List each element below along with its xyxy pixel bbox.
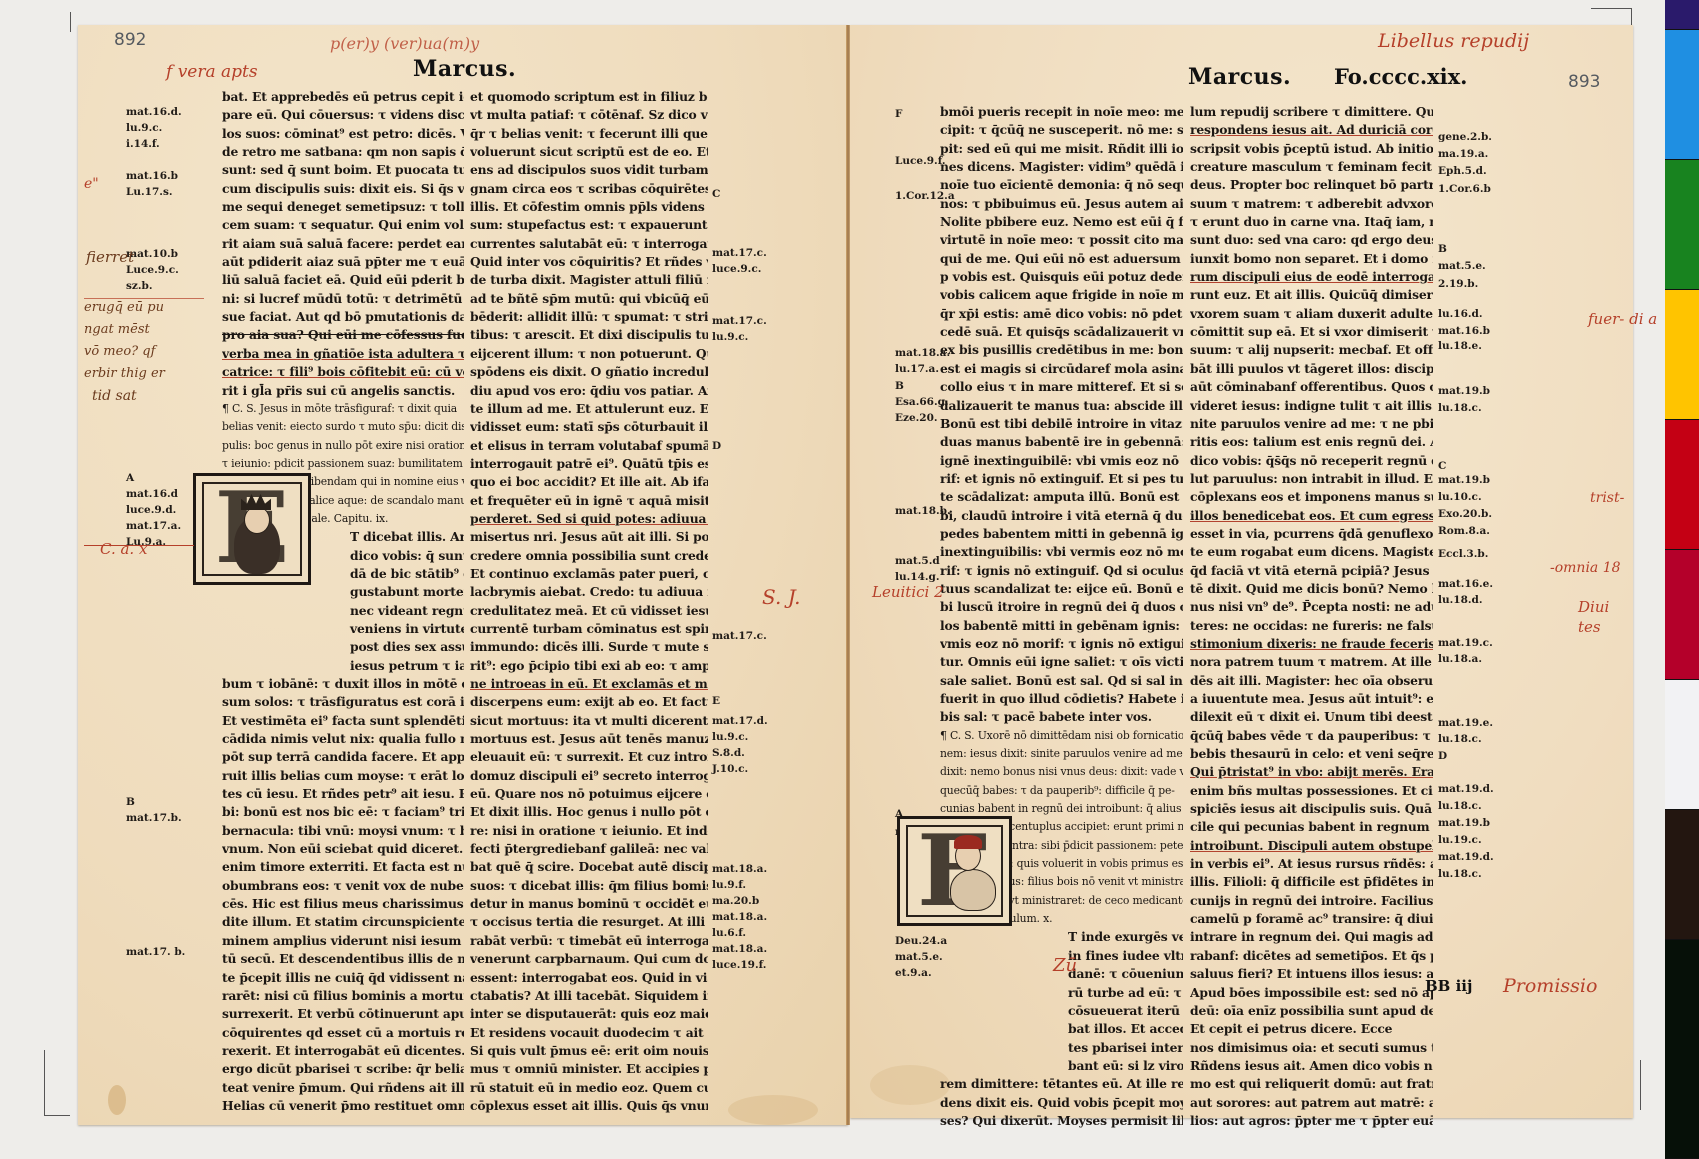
- margin-reference: lu.18.c.: [1438, 868, 1482, 880]
- rubric-line: [84, 298, 204, 299]
- margin-reference: mat.18.b.: [895, 505, 951, 517]
- margin-reference: lu.17.a.: [895, 363, 939, 375]
- text-line: dēs ait illi. Magister: hec oīa obseruau…: [1190, 672, 1433, 690]
- text-line: stimonium dixeris: ne fraude feceris: bo: [1190, 635, 1433, 653]
- margin-reference: sz.b.: [126, 280, 153, 292]
- handwritten-note: C. a. x: [100, 540, 147, 558]
- margin-reference: mat.19.d.: [1438, 851, 1494, 863]
- text-line: Quid inter vos cōquiritis? Et rñdes vnus: [470, 253, 708, 271]
- margin-reference: lu.6.f.: [712, 927, 746, 939]
- text-line: vidisset eum: statī sp̄s cōturbauit illu…: [470, 418, 708, 436]
- text-line: et quomodo scriptum est in filiuz bomis: [470, 88, 708, 106]
- text-line: bant eū: si lz viro vxo-: [940, 1057, 1183, 1075]
- margin-reference: mat.17.c.: [712, 315, 767, 327]
- text-line: de retro me satbana: qm non sapis q̄ dei: [222, 143, 464, 161]
- text-line: te eum rogabat eum dicens. Magister bone: [1190, 543, 1433, 561]
- margin-reference: Eph.5.d.: [1438, 165, 1487, 177]
- gutter-crease: [846, 25, 850, 1125]
- text-line: vmis eoz nō morif: τ ignis nō extigui-: [940, 635, 1183, 653]
- text-line: tes pbarisei interroga: [940, 1039, 1183, 1057]
- left-page-column-2: et quomodo scriptum est in filiuz bomisv…: [470, 88, 708, 1115]
- handwritten-note: Promissio: [1503, 975, 1597, 997]
- stain: [108, 1085, 126, 1115]
- text-line: pro aia sua? Qui eūi me cōfessus fuerit:…: [222, 326, 464, 344]
- handwritten-note: -omnia 18: [1550, 560, 1621, 576]
- text-line: nos: τ pbibuimus eū. Jesus autem ait.: [940, 195, 1183, 213]
- margin-reference: lu.18.c.: [1438, 733, 1482, 745]
- text-line: spōdens eis dixit. O gñatio incredula: q…: [470, 363, 708, 381]
- text-line: rexerit. Et interrogabāt eū dicentes. Qu…: [222, 1042, 464, 1060]
- margin-reference: C: [1438, 460, 1446, 472]
- text-line: dixit: nemo bonus nisi vnus deus: dixit:…: [940, 763, 1183, 781]
- handwritten-note: vō meo? qf: [84, 344, 155, 359]
- text-line: tur. Omnis eūi igne saliet: τ oīs victim…: [940, 653, 1183, 671]
- text-line: eijcerent illum: τ non potuerunt. Qui re: [470, 345, 708, 363]
- text-line: τ erunt duo in carne vna. Itaq̄ iam, nō: [1190, 213, 1433, 231]
- text-line: esset in via, pcurrens q̄dā genuflexo aū: [1190, 525, 1433, 543]
- text-line: te illum ad me. Et attulerunt euz. Et cū: [470, 400, 708, 418]
- text-line: Bonū est tibi debilē introire in vitaz: …: [940, 415, 1183, 433]
- text-line: dite illum. Et statim circunspicientes n…: [222, 913, 464, 931]
- handwritten-note: Leuitici 2: [872, 583, 944, 601]
- text-line: fecti p̄tergrediebanf galileā: nec vale-: [470, 840, 708, 858]
- margin-reference: gene.2.b.: [1438, 131, 1492, 143]
- text-line: iesus petrum τ iaco-: [222, 657, 464, 675]
- text-line: deū: oīa enīz possibilia sunt apud deum.: [1190, 1002, 1433, 1020]
- margin-reference: 1.Cor.12.a: [895, 190, 955, 202]
- text-line: rū statuit eū in medio eoz. Quem cum: [470, 1079, 708, 1097]
- text-line: in verbis ei⁹. At iesus rursus rñdēs: ai…: [1190, 855, 1433, 873]
- text-line: bēderit: allidit illū: τ spumat: τ strid…: [470, 308, 708, 326]
- top-annotation-right: Libellus repudij: [1378, 30, 1529, 52]
- text-line: post dies sex assumpsit: [222, 638, 464, 656]
- text-line: tuus scandalizat te: eijce eū. Bonū est …: [940, 580, 1183, 598]
- text-line: obumbrans eos: τ venit vox de nube di-: [222, 877, 464, 895]
- margin-reference: lu.9.c.: [712, 331, 748, 343]
- text-line: cēs. Hic est filius meus charissimus au: [222, 895, 464, 913]
- text-line: aūt pdiderit aiaz suā pp̄ter me τ euāge-: [222, 253, 464, 271]
- text-line: cādida nimis velut nix: qualia fullo non: [222, 730, 464, 748]
- text-line: los babentē mitti in gebēnam ignis: vbi: [940, 617, 1183, 635]
- margin-reference: Lu.17.s.: [126, 186, 173, 198]
- text-line: q̄r xp̄i estis: amē dico vobis: nō pdet …: [940, 305, 1183, 323]
- text-line: sunt duo: sed vna caro: qd ergo deus con: [1190, 231, 1433, 249]
- text-line: suum τ matrem: τ adberebit advxorē suā: [1190, 195, 1433, 213]
- text-line: currentē turbam cōminatus est spiritui: [470, 620, 708, 638]
- text-line: rif: et ignis nō extinguif. Et si pes tu…: [940, 470, 1183, 488]
- text-line: vobis calicem aque frigide in noīe meo: [940, 286, 1183, 304]
- text-line: me sequi deneget semetipsuz: τ tollat cr…: [222, 198, 464, 216]
- stain: [870, 1065, 950, 1105]
- text-line: rif: τ ignis nō extinguif. Qd si oculus: [940, 562, 1183, 580]
- handwritten-note: fierret: [86, 248, 134, 266]
- color-swatch-navy: [1665, 0, 1699, 30]
- text-line: bat quē q̄ scire. Docebat autē discipulo…: [470, 858, 708, 876]
- text-line: nem: iesus dixit: sinite paruulos venire…: [940, 745, 1183, 763]
- text-line: Et residens vocauit duodecim τ ait illis: [470, 1024, 708, 1042]
- text-line: Helias cū venerit p̄mo restituet omnia: [222, 1097, 464, 1115]
- text-line: q̄cūq̄ babes vēde τ da pauperibus: τ ba: [1190, 727, 1433, 745]
- margin-reference: mat.17.c.: [712, 247, 767, 259]
- text-line: diu apud vos ero: q̄diu vos patiar. Affe…: [470, 382, 708, 400]
- handwritten-note: S. J.: [762, 585, 801, 609]
- text-line: verba mea in gñatiōe ista adultera τ pec: [222, 345, 464, 363]
- text-line: nec videant regnū dei: [222, 602, 464, 620]
- text-line: lios: aut agros: p̄pter me τ p̄pter euāg…: [1190, 1112, 1433, 1130]
- margin-reference: luce.9.d.: [126, 504, 176, 516]
- text-line: sum: stupefactus est: τ expauerunt: τ ac: [470, 216, 708, 234]
- text-line: et elisus in terram volutabaf spumās et: [470, 437, 708, 455]
- text-line: runt euz. Et ait illis. Quicūq̄ dimiseri…: [1190, 286, 1433, 304]
- text-line: rem dimittere: tētantes eū. At ille resp…: [940, 1075, 1183, 1093]
- margin-reference: mat.5.d: [895, 555, 940, 567]
- margin-reference: mat.19.b: [1438, 474, 1490, 486]
- text-line: Si quis vult p̄mus eē: erit oim nouissi-: [470, 1042, 708, 1060]
- text-line: rarēt: nisi cū filius bominis a mortuis …: [222, 987, 464, 1005]
- text-line: bebis thesaurū in celo: et veni seq̄re m…: [1190, 745, 1433, 763]
- text-line: liū saluā faciet eā. Quid eūi pderit bom…: [222, 271, 464, 289]
- text-line: dico vobis: q̄s̄q̄s nō receperit regnū d…: [1190, 452, 1433, 470]
- text-line: illis. Et cōfestim omnis pp̄ls videns ie…: [470, 198, 708, 216]
- margin-reference: i.14.f.: [126, 138, 160, 150]
- text-line: inextinguibilis: vbi vermis eoz nō mo: [940, 543, 1183, 561]
- text-line: rabanf: dicētes ad semetip̄os. Et q̄s pō…: [1190, 947, 1433, 965]
- margin-reference: 1.Cor.6.b: [1438, 183, 1491, 195]
- text-line: dilexit eū τ dixit ei. Unum tibi deest: …: [1190, 708, 1433, 726]
- text-line: Nolite pbibere euz. Nemo est eūi q̄ faci…: [940, 213, 1183, 231]
- stain: [728, 1095, 818, 1125]
- margin-reference: D: [1438, 750, 1447, 762]
- text-line: inter se disputauerāt: quis eoz maiorēēt: [470, 1005, 708, 1023]
- text-line: lut paruulus: non intrabit in illud. Et: [1190, 470, 1433, 488]
- text-line: bat illos. Et acceden-: [940, 1020, 1183, 1038]
- handwritten-note: fuer- di a: [1588, 310, 1657, 328]
- color-swatch-dark-brown: [1665, 810, 1699, 940]
- text-line: mo est qui reliquerit domū: aut fratres: [1190, 1075, 1433, 1093]
- leaf-number: Fo.cccc.xix.: [1334, 64, 1468, 89]
- margin-reference: lu.18.c.: [1438, 402, 1482, 414]
- text-line: nus nisi vn⁹ de⁹. P̄cepta nosti: ne adul: [1190, 598, 1433, 616]
- text-line: camelū p foramē ac⁹ transire: q̄ diuitem: [1190, 910, 1433, 928]
- margin-reference: B: [126, 796, 135, 808]
- text-line: suos: τ dicebat illis: q̄m filius bomis …: [470, 877, 708, 895]
- margin-reference: lu.18.d.: [1438, 594, 1483, 606]
- text-line: sicut mortuus: ita vt multi dicerent: qu…: [470, 712, 708, 730]
- color-calibration-strip: [1665, 0, 1699, 1159]
- text-line: catrice: τ fili⁹ bois cōfitebit eū: cū v…: [222, 363, 464, 381]
- text-line: cipit: τ q̄cūq̄ ne susceperit. nō me: su…: [940, 121, 1183, 139]
- text-line: iunxit bomo non separet. Et i domo ite: [1190, 250, 1433, 268]
- margin-reference: mat.17.b.: [126, 812, 182, 824]
- text-line: nes dicens. Magister: vidim⁹ quēdā in: [940, 158, 1183, 176]
- text-line: venerunt carpbarnaum. Qui cum domi: [470, 950, 708, 968]
- text-line: ritis eos: talium est enis regnū dei. Am…: [1190, 433, 1433, 451]
- margin-reference: mat.19.d.: [1438, 783, 1494, 795]
- margin-reference: mat.16.d: [126, 488, 178, 500]
- text-line: bi: bonū est nos bic eē: τ faciam⁹ tria …: [222, 803, 464, 821]
- margin-reference: J.10.c.: [712, 763, 748, 775]
- text-line: introibunt. Discipuli autem obstupebāt: [1190, 837, 1433, 855]
- text-line: bāt illi puulos vt tāgeret illos: discip…: [1190, 360, 1433, 378]
- text-line: pōt sup terrā candida facere. Et appa-: [222, 748, 464, 766]
- text-line: Apud bōes impossibile est: sed nō apd: [1190, 984, 1433, 1002]
- text-line: gustabunt mortem do: [222, 583, 464, 601]
- text-line: bmōi pueris recepit in noīe meo: me re: [940, 103, 1183, 121]
- text-line: sale saliet. Bonū est sal. Qd si sal ins…: [940, 672, 1183, 690]
- text-line: nos dimisimus oia: et secuti sumus te:: [1190, 1039, 1433, 1057]
- woodcut-initial-fish-man: E: [897, 816, 1012, 926]
- text-line: tū secū. Et descendentibus illis de mon: [222, 950, 464, 968]
- text-line: discerpens eum: exijt ab eo. Et factus e…: [470, 693, 708, 711]
- margin-reference: mat.19.e.: [1438, 717, 1493, 729]
- text-line: rit aiam suā saluā facere: perdet eam; q…: [222, 235, 464, 253]
- text-line: bum τ iobānē: τ duxit illos in mōtē exce…: [222, 675, 464, 693]
- handwritten-note: Diui tes: [1578, 597, 1628, 637]
- woodcut-initial-king: E: [193, 473, 311, 585]
- margin-reference: luce.9.c.: [712, 263, 761, 275]
- text-line: mus τ omniū minister. Et accipies puc: [470, 1060, 708, 1078]
- text-line: misertus nri. Jesus aūt ait illi. Si pot…: [470, 528, 708, 546]
- margin-reference: Eze.20.: [895, 412, 938, 424]
- text-line: vt multa patiaf: τ cōtēnaf. Sz dico vobi…: [470, 106, 708, 124]
- text-line: ¶ C. S. Uxorē nō dimittēdam nisi ob forn…: [940, 727, 1183, 745]
- top-annotation-left: p(er)y (ver)ua(m)y: [330, 34, 479, 53]
- text-line: bi, claudū introire i vitā eternā q̄ duo…: [940, 507, 1183, 525]
- color-swatch-black: [1665, 940, 1699, 1159]
- margin-reference: mat.5.e.: [1438, 260, 1486, 272]
- text-line: enim timore exterriti. Et facta est nube…: [222, 858, 464, 876]
- text-line: teres: ne occidas: ne fureris: ne falsū …: [1190, 617, 1433, 635]
- margin-reference: mat.18.a.: [895, 347, 950, 359]
- margin-reference: mat.19.c.: [1438, 637, 1493, 649]
- margin-reference: mat.19.b: [1438, 817, 1490, 829]
- margin-reference: Eccl.3.b.: [1438, 548, 1488, 560]
- text-line: cedē suā. Et quisq̄s scādalizauerit vnū: [940, 323, 1183, 341]
- text-line: qui de me. Qui eūi nō est aduersum vos: [940, 250, 1183, 268]
- text-line: lacbrymis aiebat. Credo: tu adiuua in-: [470, 583, 708, 601]
- margin-reference: B: [895, 380, 904, 392]
- margin-reference: mat.17.a.: [126, 520, 181, 532]
- text-line: est ei magis si circūdaref mola asinaria: [940, 360, 1183, 378]
- text-line: pulis: boc genus in nullo pōt exire nisi…: [222, 437, 464, 455]
- text-line: gnam circa eos τ scribas cōquirētes cuz: [470, 180, 708, 198]
- corner-annotation-left: f vera apts: [166, 62, 258, 82]
- text-line: videret iesus: indigne tulit τ ait illis…: [1190, 397, 1433, 415]
- margin-reference: D: [712, 440, 721, 452]
- text-line: eū. Quare nos nō potuimus eijcere euz: [470, 785, 708, 803]
- initial-letter: E: [900, 823, 1009, 921]
- text-line: cōmittit sup eā. Et si vxor dimiserit vi…: [1190, 323, 1433, 341]
- text-line: perderet. Sed si quid potes: adiuua nos: [470, 510, 708, 528]
- text-line: los suos: cōminat⁹ est petro: dicēs. Va: [222, 125, 464, 143]
- text-line: p vobis est. Quisquis eūi potuz dederit: [940, 268, 1183, 286]
- text-line: credere omnia possibilia sunt credenti.: [470, 547, 708, 565]
- text-line: interrogauit patrē ei⁹. Quātū tp̄is est …: [470, 455, 708, 473]
- margin-reference: lu.9.c.: [712, 731, 748, 743]
- text-line: rit i gl̄a pr̄is sui cū angelis sanctis.: [222, 382, 464, 400]
- text-line: veniens in virtute. Et: [222, 620, 464, 638]
- folio-number-left: 892: [114, 30, 146, 50]
- signature-mark: BB iij: [1425, 977, 1472, 995]
- text-line: Et dixit illis. Hoc genus i nullo pōt ex…: [470, 803, 708, 821]
- text-line: noīe tuo eīcientē demonia: q̄ nō sequit: [940, 176, 1183, 194]
- text-line: ex bis pusillis credētibus in me: bonū: [940, 341, 1183, 359]
- text-line: cile qui pecunias babent in regnum dei: [1190, 818, 1433, 836]
- text-line: ergo dicūt pbarisei τ scribe: q̄r belia …: [222, 1060, 464, 1078]
- margin-reference: mat.16.d.: [126, 106, 182, 118]
- text-line: cōquirentes qd esset cū a mortuis resur: [222, 1024, 464, 1042]
- text-line: ¶ C. S. Jesus in mōte trāsfiguraf: τ dix…: [222, 400, 464, 418]
- margin-reference: mat.17.d.: [712, 715, 768, 727]
- margin-reference: lu.16.d.: [1438, 308, 1483, 320]
- text-line: sunt: sed q̄ sunt boim. Et puocata turba: [222, 161, 464, 179]
- text-line: essent: interrogabat eos. Quid in via tr…: [470, 969, 708, 987]
- margin-reference: mat.16.b: [126, 170, 178, 182]
- color-swatch-green: [1665, 160, 1699, 290]
- text-line: bis sal: τ pacē babete inter vos.: [940, 708, 1183, 726]
- text-line: cōplexans eos et imponens manus sup: [1190, 488, 1433, 506]
- text-line: tē dixit. Quid me dicis bonū? Nemo bo-: [1190, 580, 1433, 598]
- text-line: bernacula: tibi vnū: moysi vnum: τ belie: [222, 822, 464, 840]
- text-line: ruit illis belias cum moyse: τ erāt loqu…: [222, 767, 464, 785]
- color-swatch-yellow: [1665, 290, 1699, 420]
- text-line: respondens iesus ait. Ad duriciā cordis: [1190, 121, 1433, 139]
- color-swatch-blue: [1665, 30, 1699, 160]
- text-line: te p̄cepit illis ne cuiq̄ q̄d vidissent …: [222, 969, 464, 987]
- margin-reference: lu.9.f.: [712, 879, 746, 891]
- margin-reference: Rom.8.a.: [1438, 525, 1490, 537]
- left-page-column-1: bat. Et apprebedēs eū petrus cepit icrep…: [222, 88, 464, 1115]
- text-line: pedes babentem mitti in gebennā ignis: [940, 525, 1183, 543]
- text-line: belias venit: eiecto surdo τ muto sp̄u: …: [222, 418, 464, 436]
- margin-reference: mat.17. b.: [126, 946, 185, 958]
- margin-reference: et.9.a.: [895, 967, 932, 979]
- margin-reference: mat.18.a.: [712, 863, 767, 875]
- text-line: spiciēs iesus ait discipulis suis. Quā d…: [1190, 800, 1433, 818]
- text-line: τ occisus tertia die resurget. At illi i…: [470, 913, 708, 931]
- margin-reference: F: [895, 108, 902, 120]
- text-line: rabāt verbū: τ timebāt eū interrogare. E…: [470, 932, 708, 950]
- text-line: duas manus babentē ire in gebennā: in: [940, 433, 1183, 451]
- text-line: dens dixit eis. Quid vobis p̄cepit moy: [940, 1094, 1183, 1112]
- text-line: mortuus est. Jesus aūt tenēs manuz ei⁹: [470, 730, 708, 748]
- text-line: nite paruulos venire ad me: τ ne pbibue: [1190, 415, 1433, 433]
- text-line: cōplexus esset ait illis. Quis q̄s vnum …: [470, 1097, 708, 1115]
- text-line: quo ei boc accidit? Et ille ait. Ab ifan…: [470, 473, 708, 491]
- text-line: domuz discipuli ei⁹ secreto interrogaban…: [470, 767, 708, 785]
- text-line: illis. Filioli: q̄ difficile est p̄fidēt…: [1190, 873, 1433, 891]
- text-line: de turba dixit. Magister attuli filiū me…: [470, 271, 708, 289]
- text-line: q̄r τ belias venit: τ fecerunt illi quec…: [470, 125, 708, 143]
- handwritten-note: trist-: [1590, 490, 1624, 506]
- text-line: ni: si lucref mūdū totū: τ detrimētū aie: [222, 290, 464, 308]
- text-line: ses? Qui dixerūt. Moyses permisit libel: [940, 1112, 1183, 1130]
- text-line: cunijs in regnū dei introire. Facilius e…: [1190, 892, 1433, 910]
- margin-reference: lu.10.c.: [1438, 491, 1482, 503]
- text-line: bi luscū itroire in regnū dei q̄ duos oc…: [940, 598, 1183, 616]
- margin-reference: ma.19.a.: [1438, 148, 1488, 160]
- margin-reference: lu.18.a.: [1438, 653, 1482, 665]
- handwritten-note: e": [84, 176, 99, 192]
- text-line: ens ad discipulos suos vidit turbam ma: [470, 161, 708, 179]
- text-line: Et cepit ei petrus dicere. Ecce: [1190, 1020, 1433, 1038]
- margin-reference: A: [126, 472, 134, 484]
- text-line: nora patrem tuum τ matrem. At ille rñ-: [1190, 653, 1433, 671]
- margin-reference: ma.20.b: [712, 895, 759, 907]
- text-line: Et continuo exclamās pater pueri, cum: [470, 565, 708, 583]
- text-line: tes cū iesu. Et rñdes petr⁹ ait iesu. Ra…: [222, 785, 464, 803]
- text-line: minem amplius viderunt nisi iesum tā-: [222, 932, 464, 950]
- right-page-column-2: lum repudij scribere τ dimittere. Quib⁹r…: [1190, 103, 1433, 1130]
- text-line: saluus fieri? Et intuens illos iesus: ai…: [1190, 965, 1433, 983]
- text-line: q̄d faciā vt vitā eternā pcipiā? Jesus a…: [1190, 562, 1433, 580]
- margin-reference: lu.9.c.: [126, 122, 162, 134]
- text-line: enim bñs multas possessiones. Et circū: [1190, 782, 1433, 800]
- text-line: cem suam: τ sequatur. Qui enim volue-: [222, 216, 464, 234]
- handwritten-note: erugq̄ eū pu: [84, 300, 164, 315]
- margin-reference: mat.17.c.: [712, 630, 767, 642]
- text-line: suum: τ alij nupserit: mecbaf. Et offere: [1190, 341, 1433, 359]
- text-line: aut sorores: aut patrem aut matrē: aut f…: [1190, 1094, 1433, 1112]
- margin-reference: E: [712, 695, 720, 707]
- margin-reference: mat.18.a.: [712, 911, 767, 923]
- text-line: credulitatez meā. Et cū vidisset iesus c…: [470, 602, 708, 620]
- text-line: ctabatis? At illi tacebāt. Siquidem in v…: [470, 987, 708, 1005]
- text-line: ad te bñtē sp̄m mutū: qui vbicūq̄ eū app: [470, 290, 708, 308]
- margin-reference: Deu.24.a: [895, 935, 947, 947]
- text-line: te scādalizat: amputa illū. Bonū est ti-: [940, 488, 1183, 506]
- margin-reference: Luce.9.f.: [895, 155, 946, 167]
- margin-reference: lu.18.e.: [1438, 340, 1482, 352]
- margin-reference: 2.19.b.: [1438, 278, 1478, 290]
- handwritten-note: ngat mēst: [84, 322, 150, 337]
- crop-mark-bottom-left: [44, 1050, 70, 1116]
- margin-reference: C: [712, 188, 720, 200]
- margin-reference: mat.5.e.: [895, 951, 943, 963]
- margin-reference: lu.18.c.: [1438, 800, 1482, 812]
- margin-reference: mat.18.a.: [712, 943, 767, 955]
- right-page-column-1: bmōi pueris recepit in noīe meo: me reci…: [940, 103, 1183, 1130]
- text-line: illos benedicebat eos. Et cum egressus: [1190, 507, 1433, 525]
- margin-reference: Exo.20.b.: [1438, 508, 1492, 520]
- text-line: cum discipulis suis: dixit eis. Si q̄s v…: [222, 180, 464, 198]
- text-line: ignē inextinguibilē: vbi vmis eoz nō mo: [940, 452, 1183, 470]
- color-swatch-crimson: [1665, 550, 1699, 680]
- crop-mark-bottom-right: [1640, 1060, 1642, 1110]
- text-line: eleuauit eū: τ surrexit. Et cuz introiss…: [470, 748, 708, 766]
- margin-reference: lu.14.g.: [895, 571, 940, 583]
- text-line: voluerunt sicut scriptū est de eo. Et ve…: [470, 143, 708, 161]
- text-line: scripsit vobis p̄ceptū istud. Ab initio …: [1190, 140, 1433, 158]
- color-swatch-white: [1665, 680, 1699, 810]
- text-line: virtutē in noīe meo: τ possit cito male …: [940, 231, 1183, 249]
- text-line: pit: sed eū qui me misit. Rñdit illi iob…: [940, 140, 1183, 158]
- text-line: rum discipuli eius de eodē interrogaue-: [1190, 268, 1433, 286]
- handwritten-note: tid sat: [92, 388, 137, 404]
- margin-reference: mat.16.b: [1438, 325, 1490, 337]
- margin-reference: Esa.66.g.: [895, 396, 949, 408]
- text-line: creature masculum τ feminam fecit eos: [1190, 158, 1433, 176]
- text-line: T inde exurgēs venit: [940, 928, 1183, 946]
- folio-number-right: 893: [1568, 72, 1600, 92]
- text-line: deus. Propter boc relinquet bō partrez: [1190, 176, 1433, 194]
- text-line: dalizauerit te manus tua: abscide illam: [940, 397, 1183, 415]
- text-line: pare eū. Qui cōuersus: τ videns discipu: [222, 106, 464, 124]
- color-swatch-red: [1665, 420, 1699, 550]
- margin-reference: lu.19.c.: [1438, 834, 1482, 846]
- text-line: sum solos: τ trāsfiguratus est corā ipsi…: [222, 693, 464, 711]
- text-line: quecūq̄ babes: τ da pauperib⁹: difficile…: [940, 782, 1183, 800]
